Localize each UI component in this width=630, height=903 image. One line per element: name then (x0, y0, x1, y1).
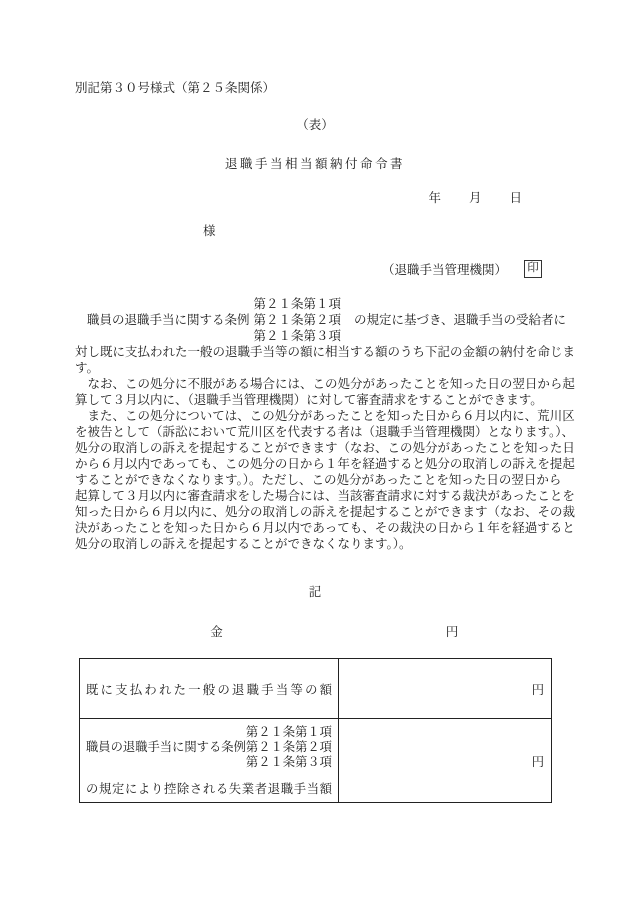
body-line: また、この処分については、この処分があったことを知った日から６月以内に、荒川区 (75, 408, 555, 424)
form-number: 別記第３０号様式（第２５条関係） (75, 80, 555, 96)
body-line: 算して３月以内に、（退職手当管理機関）に対して審査請求をすることができます。 (75, 392, 555, 408)
amount-header-kin: 金 (79, 624, 338, 640)
ordinance-clause-2: 第２１条第２項 (246, 740, 332, 755)
note-marker: 記 (75, 584, 555, 600)
addressee-honorific: 様 (75, 223, 555, 239)
date-line: 年 月 日 (75, 190, 555, 206)
row-label-cell: 第２１条第１項 職員の退職手当に関する条例 第２１条第２項 第２１条第３項 の規… (80, 719, 339, 803)
amount-header-yen: 円 (338, 624, 552, 640)
row-label: 既に支払われた一般の退職手当等の額 (86, 680, 332, 698)
amount-header-line: 金 円 (79, 624, 552, 640)
ordinance-clause-3: 第２１条第３項 (254, 328, 342, 344)
issuer-line: （退職手当管理機関） 印 (75, 259, 555, 278)
body-line: から６月以内であっても、この処分の日から１年を経過すると処分の取消しの訴えを提起 (75, 456, 555, 472)
spacer (75, 328, 250, 344)
unit-yen: 円 (532, 755, 544, 769)
table-row-paid-allowance: 既に支払われた一般の退職手当等の額 円 (80, 659, 552, 719)
ordinance-reference-block: 第２１条第１項 職員の退職手当に関する条例 第２１条第２項 の規定に基づき、退職… (75, 296, 555, 344)
spacer (345, 296, 566, 312)
issuer-label: （退職手当管理機関） (382, 260, 507, 278)
body-line: なお、この処分に不服がある場合には、この処分があったことを知った日の翌日から起 (75, 376, 555, 392)
side-label: （表） (75, 117, 555, 133)
body-line: を被告として（訴訟において荒川区を代表する者は（退職手当管理機関）となります。）… (75, 424, 555, 440)
ordinance-prefix: 職員の退職手当に関する条例 (75, 312, 250, 328)
body-line: することができなくなります。）。ただし、この処分があったことを知った日の翌日から (75, 472, 555, 488)
payment-table: 既に支払われた一般の退職手当等の額 円 第２１条第１項 職員の退職手当に関する条… (79, 658, 552, 803)
document-title: 退職手当相当額納付命令書 (75, 156, 555, 172)
body-line: 処分の取消しの訴えを提起することができなくなります。）。 (75, 536, 555, 552)
row-label-cell: 既に支払われた一般の退職手当等の額 (80, 659, 339, 719)
document-content: 別記第３０号様式（第２５条関係） （表） 退職手当相当額納付命令書 年 月 日 … (0, 0, 630, 803)
ordinance-prefix: 職員の退職手当に関する条例 (86, 740, 246, 755)
body-line: 対し既に支払われた一般の退職手当等の額に相当する額のうち下記の金額の納付を命じま (75, 344, 555, 360)
ordinance-clause-1: 第２１条第１項 (86, 725, 332, 740)
ordinance-clause-3: 第２１条第３項 (86, 755, 332, 770)
body-line: す。 (75, 360, 555, 376)
row-value-cell: 円 (338, 719, 551, 803)
body-text: 対し既に支払われた一般の退職手当等の額に相当する額のうち下記の金額の納付を命じま… (75, 344, 555, 552)
body-line: 起算して３月以内に審査請求をした場合には、当該審査請求に対する裁決があったことを (75, 488, 555, 504)
ordinance-clause-1: 第２１条第１項 (254, 296, 342, 312)
spacer (345, 328, 566, 344)
row-value-cell: 円 (338, 659, 551, 719)
unit-yen: 円 (532, 683, 544, 697)
body-line: 決があったことを知った日から６月以内であっても、その裁決の日から１年を経過すると (75, 520, 555, 536)
table-row-deducted-allowance: 第２１条第１項 職員の退職手当に関する条例 第２１条第２項 第２１条第３項 の規… (80, 719, 552, 803)
document-page: 別記第３０号様式（第２５条関係） （表） 退職手当相当額納付命令書 年 月 日 … (0, 0, 630, 903)
body-line: 知った日から６月以内に、処分の取消しの訴えを提起することができます（なお、その裁 (75, 504, 555, 520)
seal-stamp-box: 印 (524, 260, 542, 278)
ordinance-line: 職員の退職手当に関する条例 第２１条第２項 (86, 740, 332, 755)
ordinance-clause-2: 第２１条第２項 (254, 312, 342, 328)
body-line: 処分の取消しの訴えを提起することができます（なお、この処分があったことを知った日 (75, 440, 555, 456)
ordinance-suffix: の規定に基づき、退職手当の受給者に (345, 312, 566, 328)
row-label: の規定により控除される失業者退職手当額 (86, 782, 332, 797)
seal-label: 印 (527, 263, 539, 275)
spacer (75, 296, 250, 312)
